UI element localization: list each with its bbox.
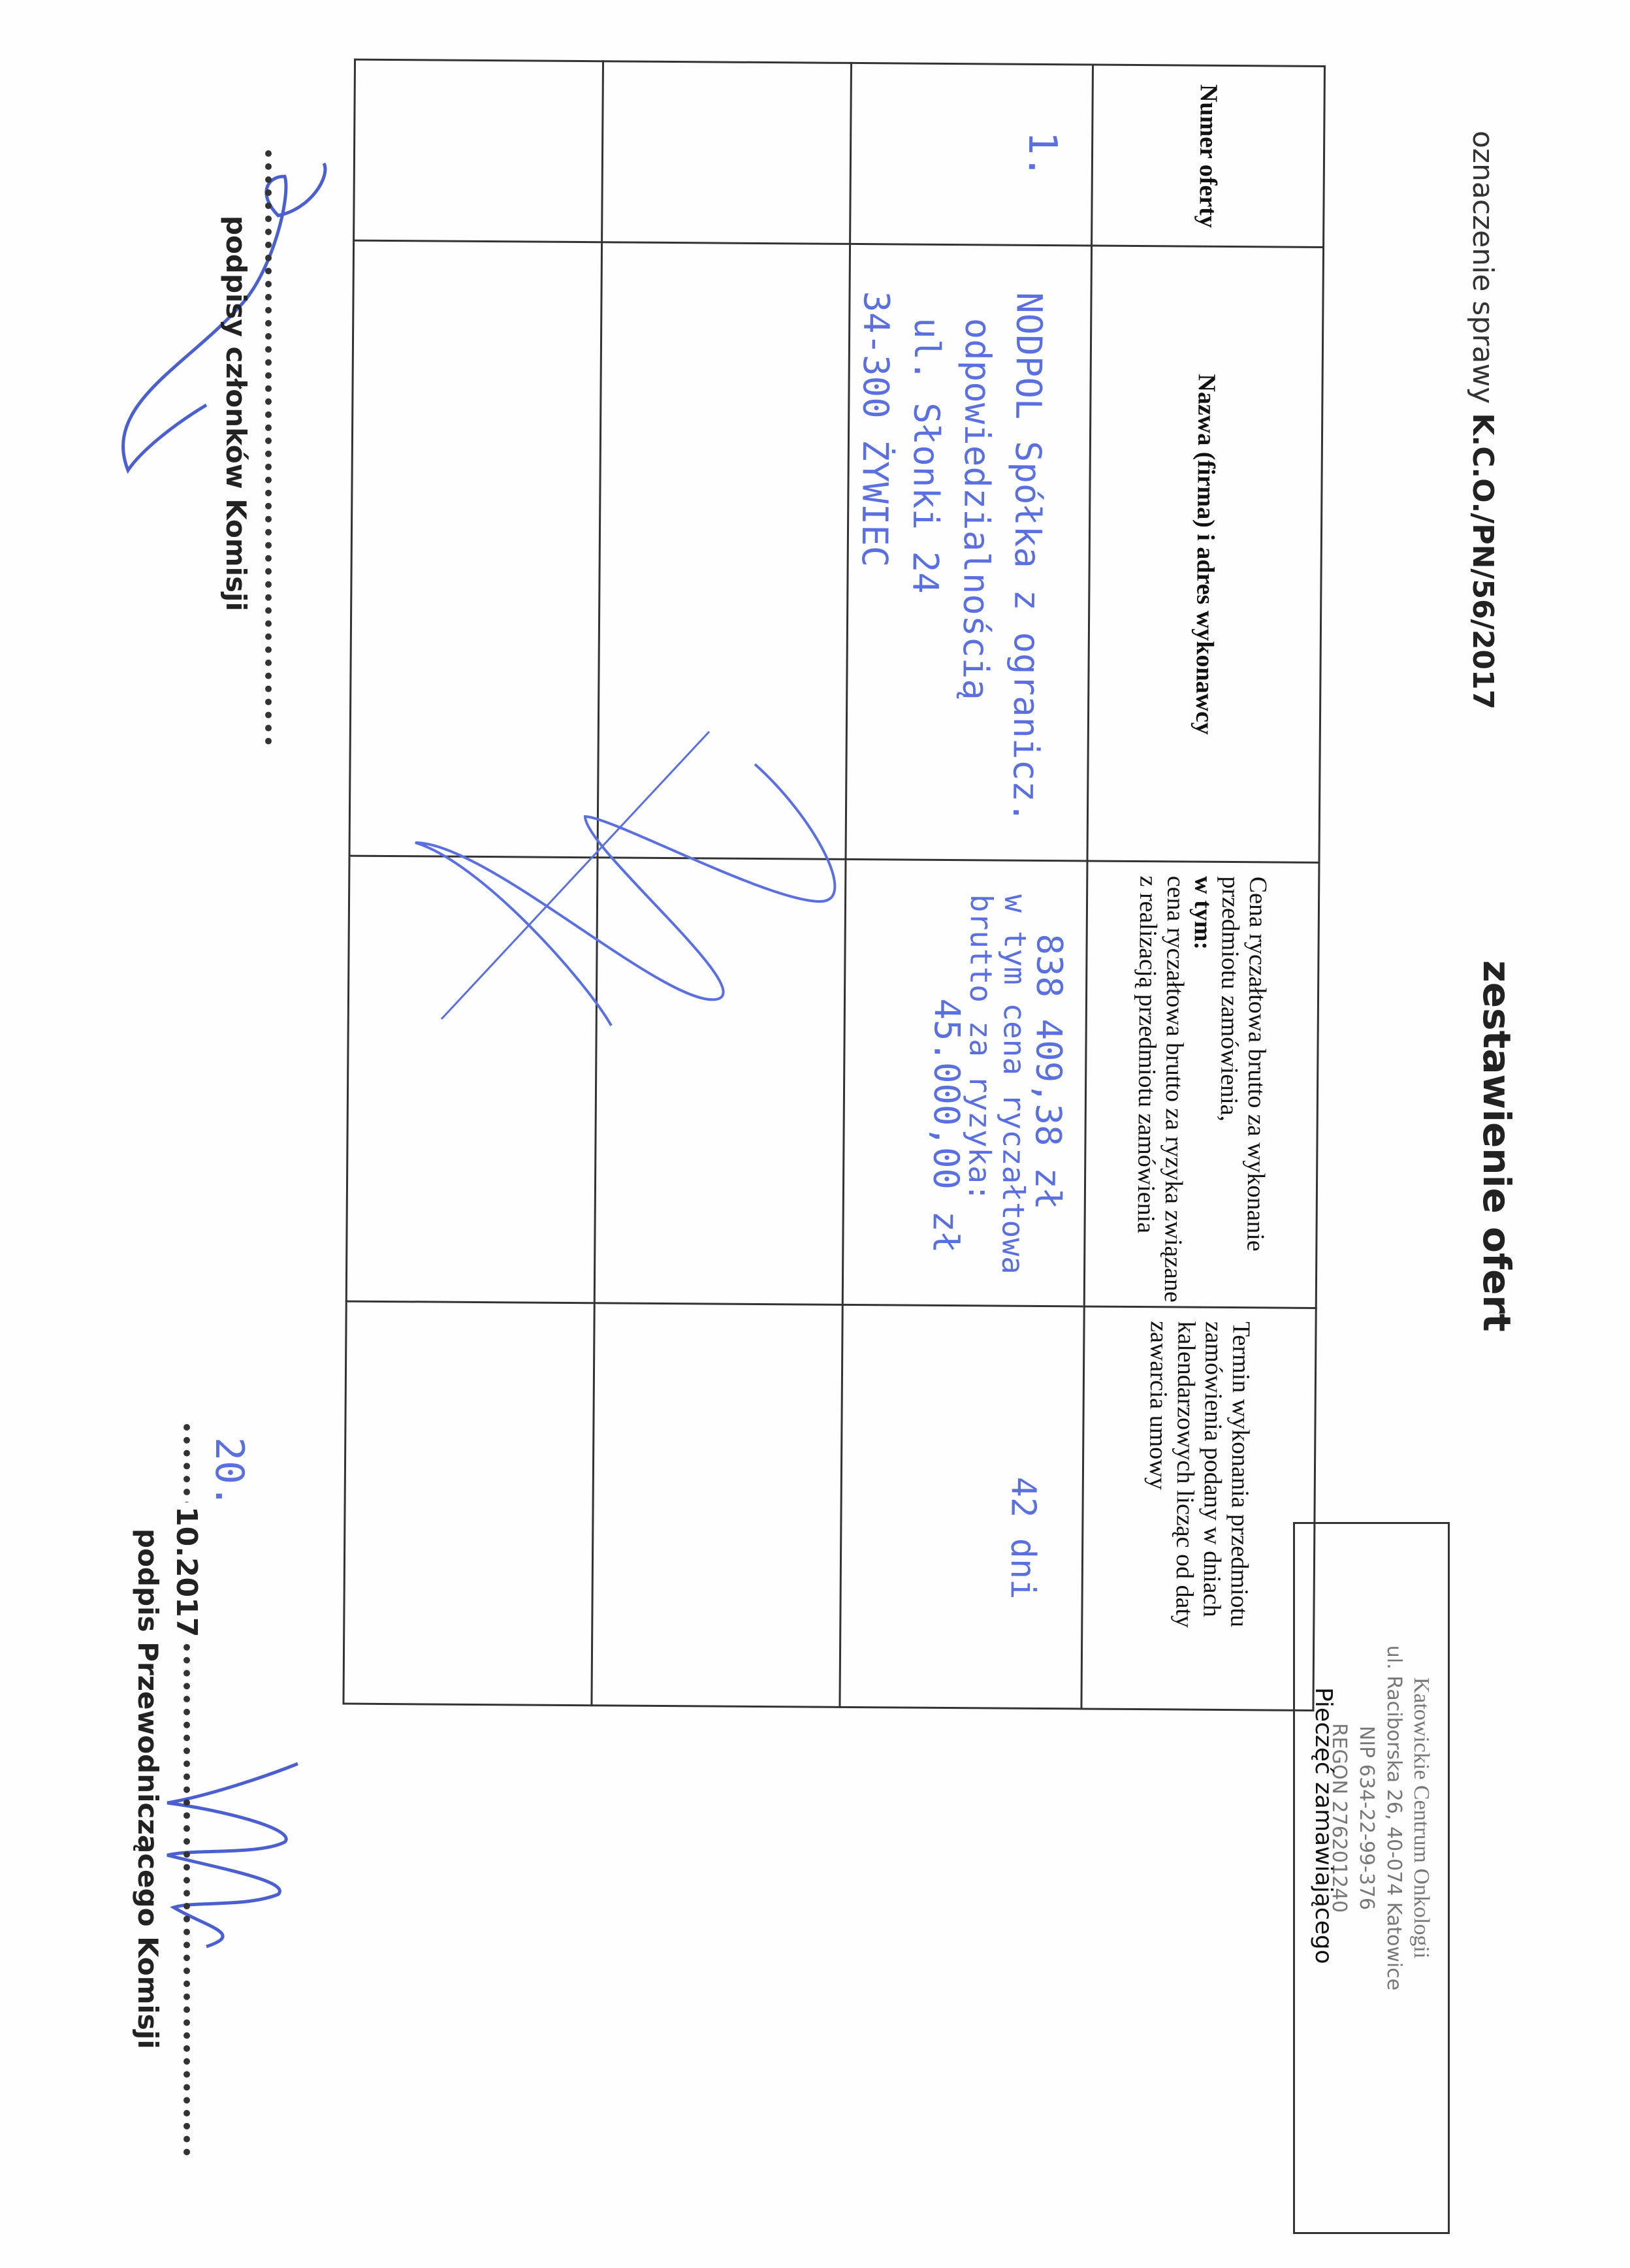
members-signature-line (265, 150, 272, 745)
price-note: brutto za ryzyka: (962, 894, 999, 1305)
table-row (344, 59, 603, 1706)
header-completion-term: Termin wykonania przedmiotu zamówienia p… (1081, 1306, 1316, 1711)
header-price: Cena ryczałtowa brutto za wykonanie prze… (1084, 861, 1319, 1308)
offer-number (354, 59, 603, 242)
header-contractor-name: Nazwa (firma) i adres wykonawcy (1087, 246, 1324, 862)
header-price-line: Cena ryczałtowa brutto za wykonanie prze… (1214, 876, 1272, 1306)
case-reference-value: K.C.O./PN/56/2017 (1466, 413, 1499, 709)
contractor-name-line: odpowiedzialnością (949, 291, 1004, 860)
purchaser-stamp-box: Katowickie Centrum Onkologii ul. Racibor… (1293, 1522, 1450, 2234)
completion-term: 42 dni (840, 1304, 1084, 1709)
purchaser-stamp: Katowickie Centrum Onkologii ul. Racibor… (1325, 1550, 1435, 2086)
price-note: w tym cena ryczałtowa (996, 894, 1032, 1305)
stamp-line: NIP 634-22-99-376 (1352, 1550, 1380, 2086)
completion-term (344, 1301, 594, 1706)
date-handwritten: 20. (206, 1437, 252, 1508)
document-page: oznaczenie sprawy K.C.O./PN/56/2017 zest… (0, 0, 1630, 2268)
header-price-in-which: w tym: (1187, 876, 1217, 1306)
price-total: 838 409,38 zł (1030, 894, 1066, 1305)
offer-price (346, 856, 598, 1303)
document-title: zestawienie ofert (1475, 960, 1519, 1332)
case-reference-label: oznaczenie sprawy (1466, 131, 1499, 413)
header-offer-number: Numer oferty (1092, 65, 1325, 248)
offer-number: 1. (850, 63, 1093, 246)
contractor-name-line: NODPOL Spółka z ogranicz. (999, 292, 1054, 860)
date-printed: 10.2017 (170, 1502, 203, 1641)
offer-price (594, 858, 846, 1304)
header-price-risk: cena ryczałtowa brutto za ryzyka związan… (1132, 875, 1190, 1306)
contractor-name (598, 242, 850, 860)
table-row (592, 61, 852, 1708)
contractor-address-street: ul. Słonki 24 (898, 291, 953, 860)
offer-price: 838 409,38 zł w tym cena ryczałtowa brut… (842, 860, 1087, 1306)
table-row: 1. NODPOL Spółka z ogranicz. odpowiedzia… (840, 63, 1093, 1709)
chair-signature-label: podpis Przewodniczącego Komisji (132, 1529, 164, 2049)
stamp-label: Pieczęć zamawiającego (1310, 1687, 1337, 1964)
contractor-name (349, 241, 602, 858)
offers-table: Numer oferty Nazwa (firma) i adres wykon… (342, 59, 1326, 1711)
price-risk: 45.000,00 zł (928, 894, 965, 1304)
contractor-name: NODPOL Spółka z ogranicz. odpowiedzialno… (846, 244, 1092, 862)
table-header-row: Numer oferty Nazwa (firma) i adres wykon… (1081, 65, 1325, 1710)
offer-number (602, 61, 852, 244)
members-signature-label: podpisy członków Komisji (220, 216, 252, 611)
case-reference: oznaczenie sprawy K.C.O./PN/56/2017 (1466, 131, 1499, 709)
stamp-line: Katowickie Centrum Onkologii (1407, 1550, 1435, 2086)
contractor-address-city: 34-300 ŻYWIEC (847, 291, 902, 859)
completion-term (592, 1303, 842, 1708)
stamp-line: ul. Raciborska 26, 40-074 Katowice (1380, 1550, 1407, 2086)
